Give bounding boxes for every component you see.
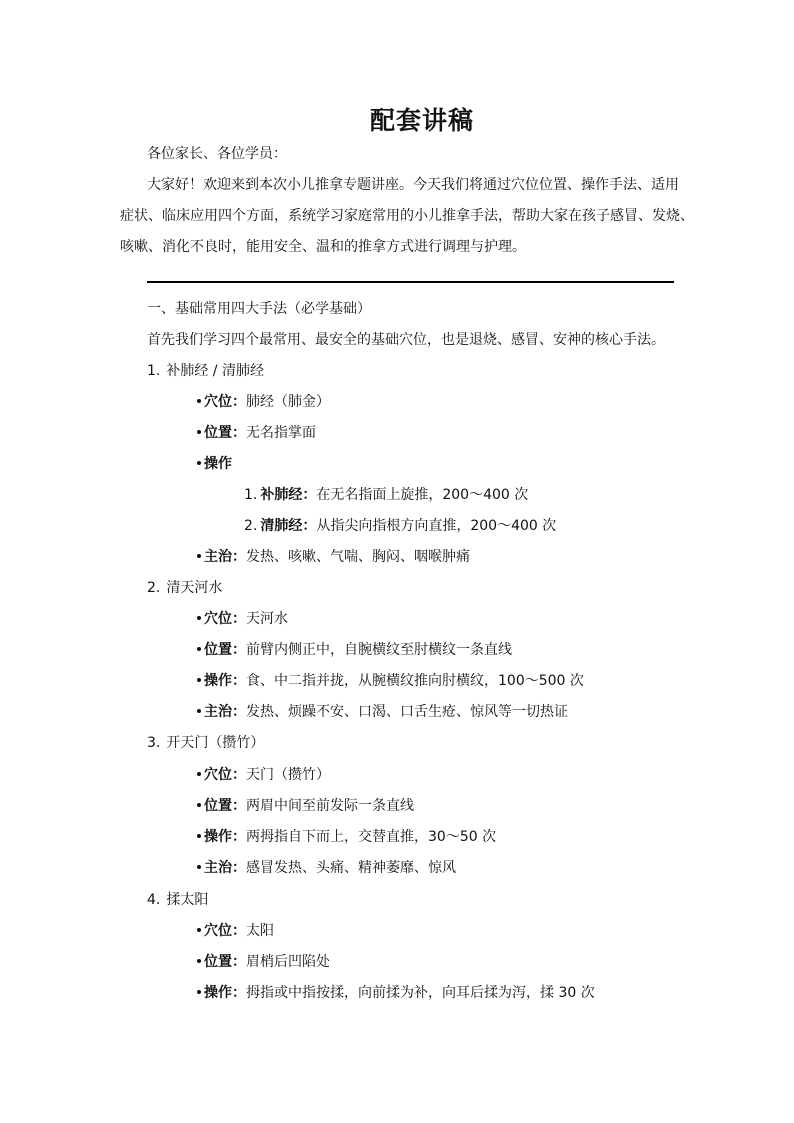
technique-4-heading: 4.揉太阳 — [147, 891, 208, 909]
horizontal-divider — [147, 281, 674, 283]
subitem-value: 从指尖向指根方向直推，200～400 次 — [316, 518, 556, 534]
bullet-icon — [197, 461, 201, 465]
bullet-icon — [197, 990, 201, 994]
technique-3-heading: 3.开天门（攒竹） — [147, 734, 264, 752]
technique-3-item-location: 位置：两眉中间至前发际一条直线 — [197, 797, 414, 815]
technique-3-item-acupoint: 穴位：天门（攒竹） — [197, 766, 330, 784]
item-label: 操作： — [204, 673, 246, 689]
technique-name: 开天门（攒竹） — [166, 735, 264, 751]
item-value: 肺经（肺金） — [246, 394, 330, 410]
bullet-icon — [197, 554, 201, 558]
technique-2-item-operation: 操作：食、中二指并拢，从腕横纹推向肘横纹，100～500 次 — [197, 672, 584, 690]
technique-1-item-operation: 操作 — [197, 455, 232, 473]
technique-1-item-location: 位置：无名指掌面 — [197, 424, 316, 442]
item-label: 位置： — [204, 642, 246, 658]
item-value: 太阳 — [246, 923, 274, 939]
item-label: 操作： — [204, 829, 246, 845]
subitem-value: 在无名指面上旋推，200～400 次 — [316, 487, 528, 503]
technique-2-item-location: 位置：前臂内侧正中，自腕横纹至肘横纹一条直线 — [197, 641, 512, 659]
bullet-icon — [197, 399, 201, 403]
item-value: 食、中二指并拢，从腕横纹推向肘横纹，100～500 次 — [246, 673, 584, 689]
item-label: 主治： — [204, 549, 246, 565]
technique-name: 揉太阳 — [166, 892, 208, 908]
item-label: 穴位： — [204, 611, 246, 627]
technique-1-item-indication: 主治：发热、咳嗽、气喘、胸闷、咽喉肿痛 — [197, 548, 470, 566]
bullet-icon — [197, 928, 201, 932]
technique-1-subitem-2: 2.清肺经：从指尖向指根方向直推，200～400 次 — [244, 517, 556, 535]
technique-name: 清天河水 — [166, 580, 222, 596]
item-label: 操作 — [204, 456, 232, 472]
technique-1-item-acupoint: 穴位：肺经（肺金） — [197, 393, 330, 411]
technique-number: 3. — [147, 735, 160, 751]
item-value: 天河水 — [246, 611, 288, 627]
bullet-icon — [197, 430, 201, 434]
document-title: 配套讲稿 — [0, 101, 794, 137]
technique-2-item-acupoint: 穴位：天河水 — [197, 610, 288, 628]
technique-1-subitem-1: 1.补肺经：在无名指面上旋推，200～400 次 — [244, 486, 528, 504]
intro-line-2: 症状、临床应用四个方面，系统学习家庭常用的小儿推拿手法，帮助大家在孩子感冒、发烧… — [120, 207, 674, 225]
item-value: 拇指或中指按揉，向前揉为补，向耳后揉为泻，揉 30 次 — [246, 985, 595, 1001]
technique-1-heading: 1.补肺经 / 清肺经 — [147, 362, 264, 380]
item-value: 眉梢后凹陷处 — [246, 954, 330, 970]
item-label: 操作： — [204, 985, 246, 1001]
bullet-icon — [197, 772, 201, 776]
item-value: 无名指掌面 — [246, 425, 316, 441]
section-intro: 首先我们学习四个最常用、最安全的基础穴位，也是退烧、感冒、安神的核心手法。 — [147, 331, 665, 349]
bullet-icon — [197, 647, 201, 651]
item-value: 两拇指自下而上，交替直推，30～50 次 — [246, 829, 496, 845]
bullet-icon — [197, 616, 201, 620]
item-label: 穴位： — [204, 923, 246, 939]
subitem-number: 2. — [244, 518, 257, 534]
section-heading: 一、基础常用四大手法（必学基础） — [147, 300, 371, 318]
bullet-icon — [197, 959, 201, 963]
item-label: 穴位： — [204, 394, 246, 410]
item-value: 两眉中间至前发际一条直线 — [246, 798, 414, 814]
item-value: 感冒发热、头痛、精神萎靡、惊风 — [246, 860, 456, 876]
technique-3-item-indication: 主治：感冒发热、头痛、精神萎靡、惊风 — [197, 859, 456, 877]
technique-2-item-indication: 主治：发热、烦躁不安、口渴、口舌生疮、惊风等一切热证 — [197, 703, 568, 721]
technique-4-item-location: 位置：眉梢后凹陷处 — [197, 953, 330, 971]
technique-number: 1. — [147, 363, 160, 379]
item-label: 位置： — [204, 425, 246, 441]
technique-2-heading: 2.清天河水 — [147, 579, 222, 597]
bullet-icon — [197, 803, 201, 807]
item-value: 发热、烦躁不安、口渴、口舌生疮、惊风等一切热证 — [246, 704, 568, 720]
technique-4-item-acupoint: 穴位：太阳 — [197, 922, 274, 940]
item-value: 天门（攒竹） — [246, 767, 330, 783]
bullet-icon — [197, 709, 201, 713]
item-label: 穴位： — [204, 767, 246, 783]
item-label: 主治： — [204, 704, 246, 720]
item-value: 前臂内侧正中，自腕横纹至肘横纹一条直线 — [246, 642, 512, 658]
bullet-icon — [197, 834, 201, 838]
intro-line-1: 大家好！欢迎来到本次小儿推拿专题讲座。今天我们将通过穴位位置、操作手法、适用 — [120, 176, 674, 194]
item-label: 位置： — [204, 798, 246, 814]
subitem-number: 1. — [244, 487, 257, 503]
document-page: 配套讲稿 各位家长、各位学员： 大家好！欢迎来到本次小儿推拿专题讲座。今天我们将… — [0, 0, 794, 1123]
bullet-icon — [197, 865, 201, 869]
bullet-icon — [197, 678, 201, 682]
item-label: 主治： — [204, 860, 246, 876]
technique-name: 补肺经 / 清肺经 — [166, 363, 264, 379]
item-value: 发热、咳嗽、气喘、胸闷、咽喉肿痛 — [246, 549, 470, 565]
technique-number: 2. — [147, 580, 160, 596]
intro-line-3: 咳嗽、消化不良时，能用安全、温和的推拿方式进行调理与护理。 — [120, 238, 674, 256]
item-label: 位置： — [204, 954, 246, 970]
subitem-label: 补肺经： — [260, 487, 316, 503]
technique-number: 4. — [147, 892, 160, 908]
salutation: 各位家长、各位学员： — [147, 145, 287, 163]
technique-4-item-operation: 操作：拇指或中指按揉，向前揉为补，向耳后揉为泻，揉 30 次 — [197, 984, 595, 1002]
technique-3-item-operation: 操作：两拇指自下而上，交替直推，30～50 次 — [197, 828, 496, 846]
subitem-label: 清肺经： — [260, 518, 316, 534]
